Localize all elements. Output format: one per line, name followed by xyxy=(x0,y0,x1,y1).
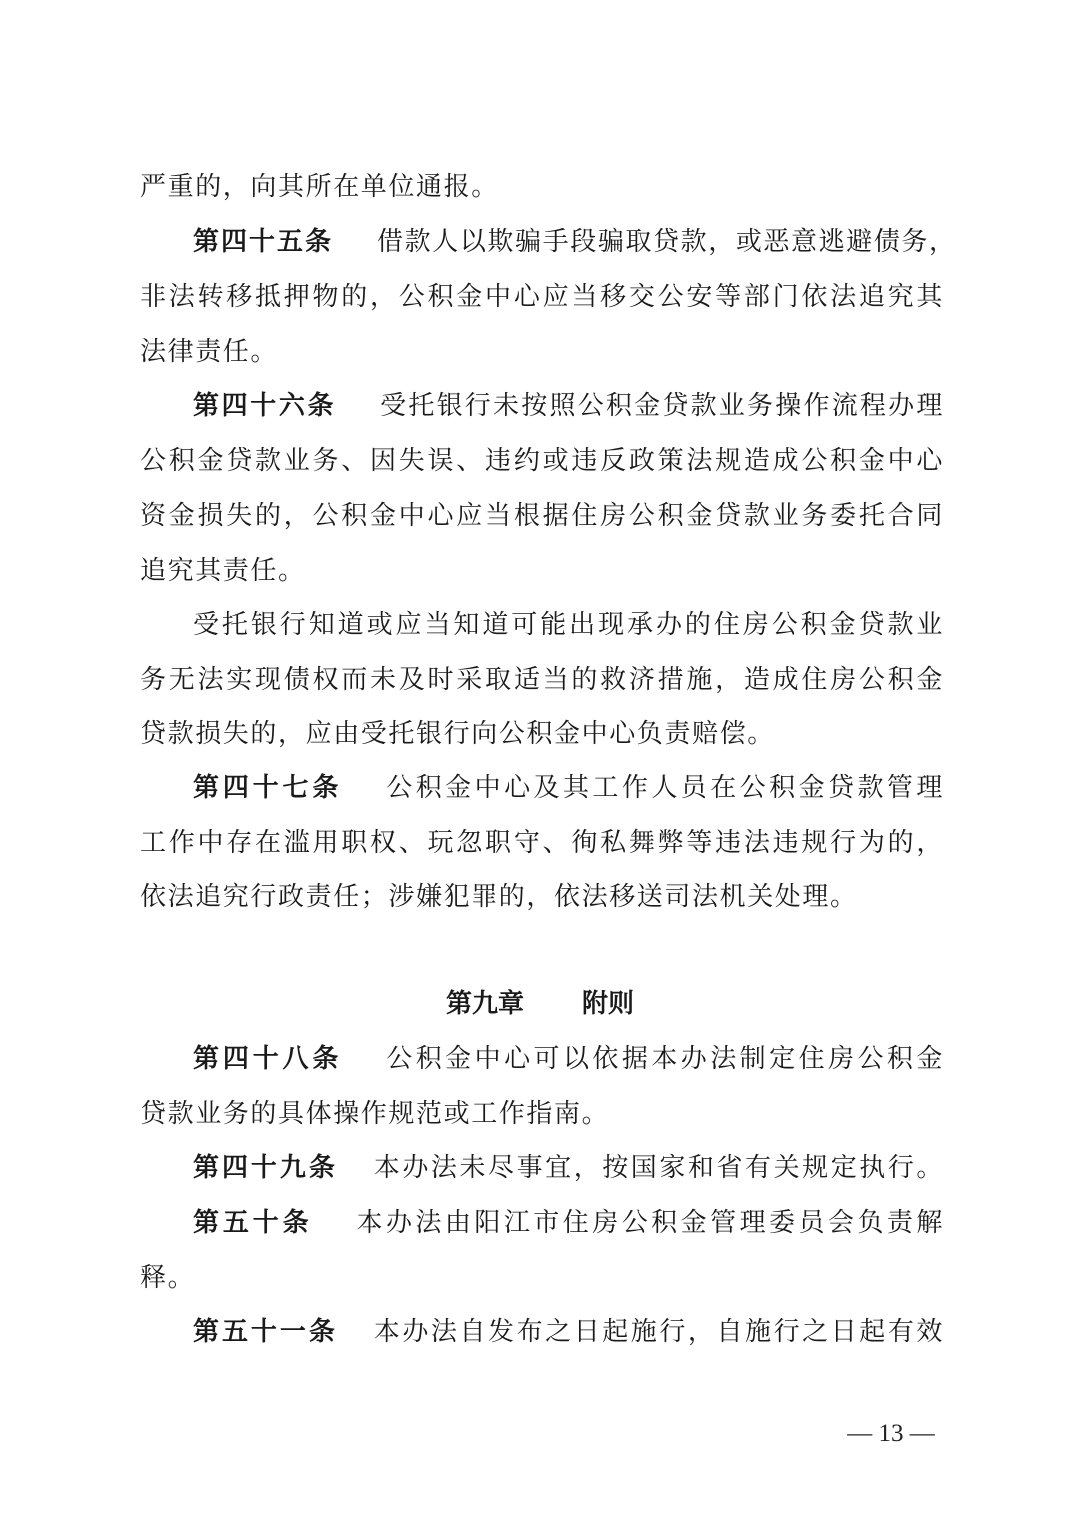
paragraph-text: 本办法未尽事宜，按国家和省有关规定执行。 xyxy=(374,1153,944,1183)
chapter-title: 附则 xyxy=(582,989,634,1019)
text-line: 贷款业务的具体操作规范或工作指南。 xyxy=(140,1094,944,1134)
paragraph-text: 非法转移抵押物的，公积金中心应当移交公安等部门依法追究其 xyxy=(140,282,944,312)
article-50: 第五十条本办法由阳江市住房公积金管理委员会负责解 xyxy=(193,1203,944,1243)
text-line: 公积金贷款业务、因失误、违约或违反政策法规造成公积金中心 xyxy=(140,441,944,481)
paragraph-text: 贷款业务的具体操作规范或工作指南。 xyxy=(140,1099,609,1129)
article-label: 第四十七条 xyxy=(193,773,342,803)
article-45: 第四十五条借款人以欺骗手段骗取贷款，或恶意逃避债务， xyxy=(193,222,944,262)
article-49: 第四十九条本办法未尽事宜，按国家和省有关规定执行。 xyxy=(193,1148,944,1188)
paragraph-text: 公积金中心可以依据本办法制定住房公积金 xyxy=(386,1044,944,1074)
paragraph-text: 资金损失的，公积金中心应当根据住房公积金贷款业务委托合同 xyxy=(140,501,944,531)
text-line: 法律责任。 xyxy=(140,332,944,372)
article-label: 第四十九条 xyxy=(193,1153,338,1183)
paragraph-text: 本办法自发布之日起施行，自施行之日起有效 xyxy=(374,1317,944,1347)
paragraph-text: 借款人以欺骗手段骗取贷款，或恶意逃避债务， xyxy=(377,227,957,257)
paragraph-text: 法律责任。 xyxy=(140,337,278,367)
paragraph-text: 公积金贷款业务、因失误、违约或违反政策法规造成公积金中心 xyxy=(140,446,944,476)
paragraph-text: 释。 xyxy=(140,1263,195,1293)
chapter-heading: 第九章附则 xyxy=(0,984,1080,1024)
paragraph-text: 严重的，向其所在单位通报。 xyxy=(140,172,499,202)
article-label: 第四十五条 xyxy=(193,227,333,257)
article-label: 第五十条 xyxy=(193,1208,312,1238)
paragraph-text: 公积金中心及其工作人员在公积金贷款管理 xyxy=(386,773,944,803)
text-line: 释。 xyxy=(140,1258,944,1298)
document-page: 严重的，向其所在单位通报。 第四十五条借款人以欺骗手段骗取贷款，或恶意逃避债务，… xyxy=(0,0,1080,1527)
paragraph-text: 依法追究行政责任；涉嫌犯罪的，依法移送司法机关处理。 xyxy=(140,882,858,912)
article-label: 第五十一条 xyxy=(193,1317,338,1347)
text-line-continuation: 严重的，向其所在单位通报。 xyxy=(140,167,944,207)
article-47: 第四十七条公积金中心及其工作人员在公积金贷款管理 xyxy=(193,768,944,808)
page-number: — 13 — xyxy=(836,1416,946,1452)
paragraph-text: 本办法由阳江市住房公积金管理委员会负责解 xyxy=(356,1208,944,1238)
paragraph-text: 贷款损失的，应由受托银行向公积金中心负责赔偿。 xyxy=(140,719,775,749)
chapter-number: 第九章 xyxy=(446,989,524,1019)
paragraph-indent: 受托银行知道或应当知道可能出现承办的住房公积金贷款业 xyxy=(193,605,944,645)
article-label: 第四十八条 xyxy=(193,1044,342,1074)
article-48: 第四十八条公积金中心可以依据本办法制定住房公积金 xyxy=(193,1039,944,1079)
paragraph-text: 追究其责任。 xyxy=(140,556,306,586)
text-line: 务无法实现债权而未及时采取适当的救济措施，造成住房公积金 xyxy=(140,660,944,700)
article-51: 第五十一条本办法自发布之日起施行，自施行之日起有效 xyxy=(193,1312,944,1352)
text-line: 贷款损失的，应由受托银行向公积金中心负责赔偿。 xyxy=(140,714,944,754)
article-46: 第四十六条受托银行未按照公积金贷款业务操作流程办理 xyxy=(193,386,944,426)
text-line: 工作中存在滥用职权、玩忽职守、徇私舞弊等违法违规行为的， xyxy=(140,823,944,863)
text-line: 依法追究行政责任；涉嫌犯罪的，依法移送司法机关处理。 xyxy=(140,877,944,917)
text-line: 非法转移抵押物的，公积金中心应当移交公安等部门依法追究其 xyxy=(140,277,944,317)
paragraph-text: 受托银行未按照公积金贷款业务操作流程办理 xyxy=(380,391,944,421)
article-label: 第四十六条 xyxy=(193,391,336,421)
paragraph-text: 务无法实现债权而未及时采取适当的救济措施，造成住房公积金 xyxy=(140,665,944,695)
paragraph-text: 受托银行知道或应当知道可能出现承办的住房公积金贷款业 xyxy=(193,610,944,640)
text-line: 资金损失的，公积金中心应当根据住房公积金贷款业务委托合同 xyxy=(140,496,944,536)
paragraph-text: 工作中存在滥用职权、玩忽职守、徇私舞弊等违法违规行为的， xyxy=(140,828,944,858)
text-line: 追究其责任。 xyxy=(140,551,944,591)
